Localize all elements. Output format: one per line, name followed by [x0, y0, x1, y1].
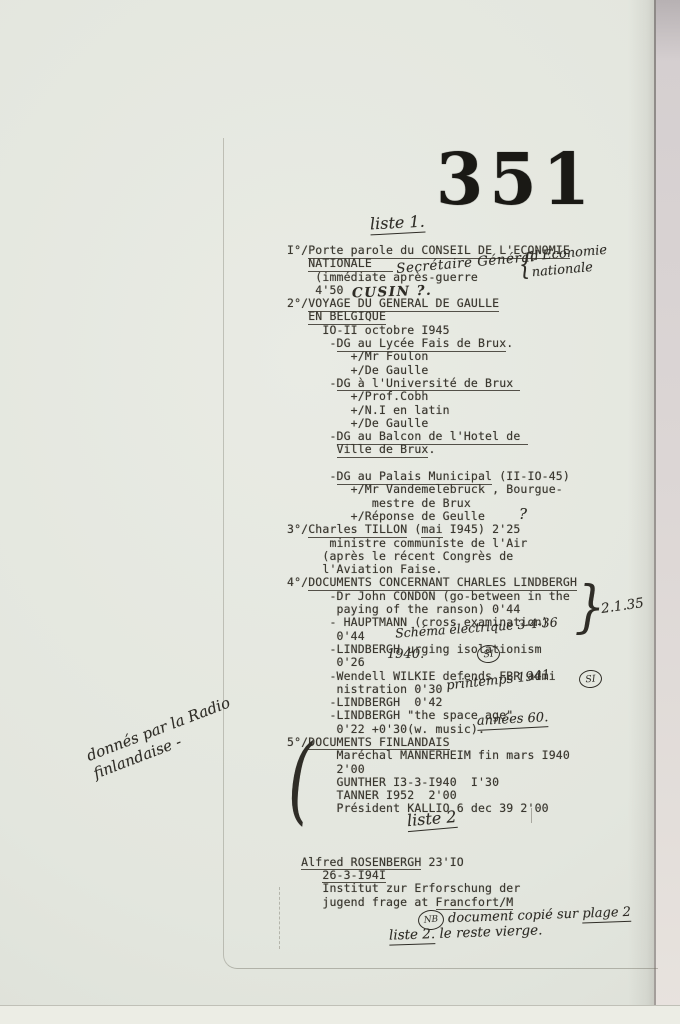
typed-line	[287, 457, 577, 470]
typed-line: +/De Gaulle	[287, 417, 577, 430]
typed-line: +/De Gaulle	[287, 364, 577, 377]
annotation-note2-liste: liste 2.	[389, 926, 436, 946]
annotation-question-mark: ?	[519, 505, 527, 523]
typed-line: GUNTHER I3-3-I940 I'30	[287, 776, 577, 789]
page-right-edge-strip	[656, 0, 680, 1024]
typed-line: +/N.I en latin	[287, 404, 577, 417]
typed-line: EN BELGIQUE	[287, 310, 577, 323]
typed-line: ministre communiste de l'Air	[287, 537, 577, 550]
typed-line: -DG à l'Université de Brux	[287, 377, 577, 390]
annotation-note-plage: plage 2	[582, 905, 631, 924]
typed-line: Ville de Brux.	[287, 443, 577, 456]
typed-line: -DG au Lycée Fais de Brux.	[287, 337, 577, 350]
typed-line: paying of the ranson) 0'44	[287, 603, 577, 616]
typed-line: +/Prof.Cobh	[287, 390, 577, 403]
typed-line: 5°/DOCUMENTS FINLANDAIS	[287, 736, 577, 749]
paren-large-icon: (	[288, 734, 312, 828]
typed-line: (après le récent Congrès de	[287, 550, 577, 563]
pencil-dash-line	[279, 887, 280, 949]
typed-line: l'Aviation Faise.	[287, 563, 577, 576]
typed-line: 26-3-I94I	[287, 869, 577, 882]
typed-line: 3°/Charles TILLON (mai I945) 2'25	[287, 523, 577, 536]
typed-line: +/Réponse de Geulle	[287, 510, 577, 523]
typed-line: Institut zur Erforschung der	[287, 882, 577, 895]
annotation-liste-1: liste 1.	[369, 212, 425, 236]
typed-line	[287, 842, 577, 855]
document-page: 351 I°/Porte parole du CONSEIL DE L'ECON…	[0, 0, 680, 1024]
typed-line: -Dr John CONDON (go-between in the	[287, 590, 577, 603]
typed-line: mestre de Brux	[287, 497, 577, 510]
typed-line: IO-II octobre I945	[287, 324, 577, 337]
typed-line: 2'00	[287, 763, 577, 776]
annotation-economie-nationale: d'Economie nationale	[530, 243, 609, 282]
typed-line: Maréchal MANNERHEIM fin mars I940	[287, 749, 577, 762]
typed-line: TANNER I952 2'00	[287, 789, 577, 802]
typed-line: jugend frage at Francfort/M	[287, 896, 577, 909]
typed-line: -DG au Palais Municipal (II-IO-45)	[287, 470, 577, 483]
annotation-1940: 1940.	[387, 647, 424, 662]
typed-line: 4°/DOCUMENTS CONCERNANT CHARLES LINDBERG…	[287, 576, 577, 589]
typed-line: nistration 0'30	[287, 683, 577, 696]
typed-line: Alfred ROSENBERGH 23'IO	[287, 856, 577, 869]
typed-line: +/Mr Foulon	[287, 350, 577, 363]
typed-line: 2°/VOYAGE DU GENERAL DE GAULLE	[287, 297, 577, 310]
typed-line: -LINDBERGH urging isolationism	[287, 643, 577, 656]
annotation-liste-2: liste 2	[406, 807, 457, 832]
typed-line: +/Mr Vandemelebruck , Bourgue-	[287, 483, 577, 496]
page-number-stamp: 351	[436, 145, 596, 216]
typed-line: -DG au Balcon de l'Hotel de	[287, 430, 577, 443]
typed-line: 0'26	[287, 656, 577, 669]
typed-line	[287, 829, 577, 842]
page-bottom-edge	[0, 1005, 680, 1024]
typed-line: -LINDBERGH 0'42	[287, 696, 577, 709]
annotation-cusin: CUSIN ?.	[352, 283, 433, 302]
